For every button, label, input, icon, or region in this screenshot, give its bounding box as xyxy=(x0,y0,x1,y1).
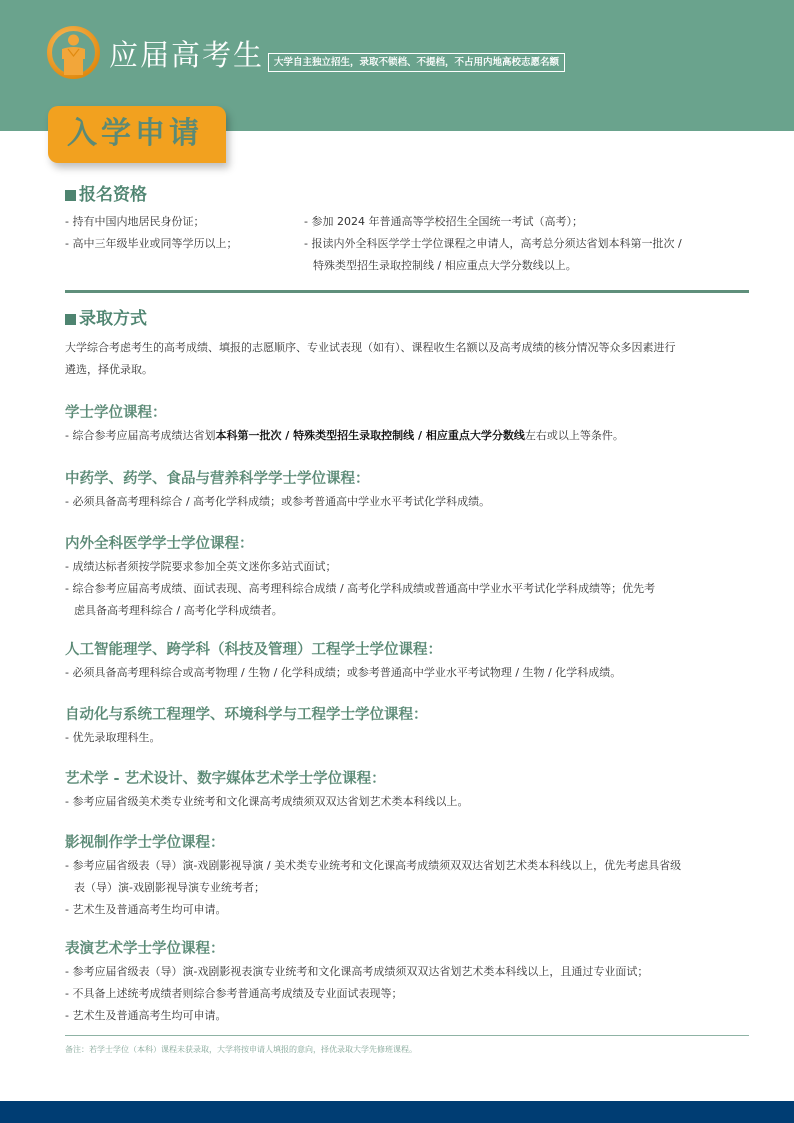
section-heading-admission: 录取方式 xyxy=(65,308,147,330)
program-title: 中药学、药学、食品与营养科学学士学位课程： xyxy=(65,468,755,490)
program-requirement: - 必须具备高考理科综合或高考物理 / 生物 / 化学科成绩；或参考普通高中学业… xyxy=(65,662,755,684)
intro-line: 大学综合考虑考生的高考成绩、填报的志愿顺序、专业试表现（如有）、课程收生名额以及… xyxy=(65,337,755,359)
program-requirement: - 综合参考应届高考成绩、面试表现、高考理科综合成绩 / 高考化学科成绩或普通高… xyxy=(65,578,755,600)
tab-label: 入学申请 xyxy=(67,116,203,152)
program-requirement: - 参考应届省级美术类专业统考和文化课高考成绩须双双达省划艺术类本科线以上。 xyxy=(65,791,755,813)
person-circle-icon xyxy=(46,25,101,80)
program-requirement: - 综合参考应届高考成绩达省划本科第一批次 / 特殊类型招生录取控制线 / 相应… xyxy=(65,425,755,447)
program-requirement: - 优先录取理科生。 xyxy=(65,727,755,749)
program-automation: 自动化与系统工程理学、环境科学与工程学士学位课程： - 优先录取理科生。 xyxy=(65,704,755,749)
list-item: - 持有中国内地居民身份证； xyxy=(65,211,237,233)
list-item: - 报读内外全科医学学士学位课程之申请人，高考总分须达省划本科第一批次 / xyxy=(304,233,682,255)
program-performing-arts: 表演艺术学士学位课程： - 参考应届省级表（导）演-戏剧影视表演专业统考和文化课… xyxy=(65,938,755,1027)
program-requirement: - 参考应届省级表（导）演-戏剧影视表演专业统考和文化课高考成绩须双双达省划艺术… xyxy=(65,961,755,983)
admission-intro: 大学综合考虑考生的高考成绩、填报的志愿顺序、专业试表现（如有）、课程收生名额以及… xyxy=(65,337,755,381)
program-title: 内外全科医学学士学位课程： xyxy=(65,533,755,555)
heading-text: 报名资格 xyxy=(79,184,147,206)
program-title: 人工智能理学、跨学科（科技及管理）工程学士学位课程： xyxy=(65,639,755,661)
section-tab-enrollment: 入学申请 xyxy=(48,106,226,163)
bold-emphasis: 本科第一批次 / 特殊类型招生录取控制线 / 相应重点大学分数线 xyxy=(215,429,524,442)
intro-line: 遴选，择优录取。 xyxy=(65,359,755,381)
footer-bar xyxy=(0,1101,794,1123)
program-title: 学士学位课程： xyxy=(65,402,755,424)
program-requirement: - 必须具备高考理科综合 / 高考化学科成绩；或参考普通高中学业水平考试化学科成… xyxy=(65,491,755,513)
list-item: - 高中三年级毕业或同等学历以上； xyxy=(65,233,237,255)
program-title: 影视制作学士学位课程： xyxy=(65,832,755,854)
eligibility-left-list: - 持有中国内地居民身份证； - 高中三年级毕业或同等学历以上； xyxy=(65,211,237,255)
heading-text: 录取方式 xyxy=(79,308,147,330)
square-bullet-icon xyxy=(65,314,76,325)
list-item: 特殊类型招生录取控制线 / 相应重点大学分数线以上。 xyxy=(304,255,682,277)
program-film-production: 影视制作学士学位课程： - 参考应届省级表（导）演-戏剧影视导演 / 美术类专业… xyxy=(65,832,755,921)
program-requirement: - 成绩达标者须按学院要求参加全英文迷你多站式面试； xyxy=(65,556,755,578)
program-art-design: 艺术学 - 艺术设计、数字媒体艺术学士学位课程： - 参考应届省级美术类专业统考… xyxy=(65,768,755,813)
note-divider xyxy=(65,1035,749,1036)
text-span: 左右或以上等条件。 xyxy=(525,429,624,442)
section-heading-eligibility: 报名资格 xyxy=(65,184,147,206)
program-title: 自动化与系统工程理学、环境科学与工程学士学位课程： xyxy=(65,704,755,726)
header-tagline: 大学自主独立招生，录取不锁档、不提档，不占用内地高校志愿名额 xyxy=(268,53,565,72)
program-requirement: - 参考应届省级表（导）演-戏剧影视导演 / 美术类专业统考和文化课高考成绩须双… xyxy=(65,855,755,877)
header-title: 应届高考生 xyxy=(109,38,264,72)
program-requirement: - 艺术生及普通高考生均可申请。 xyxy=(65,1005,755,1027)
program-title: 表演艺术学士学位课程： xyxy=(65,938,755,960)
footnote: 备注：若学士学位（本科）课程未获录取，大学将按申请人填报的意向，择优录取大学先修… xyxy=(65,1043,417,1057)
program-requirement: 虑具备高考理科综合 / 高考化学科成绩者。 xyxy=(65,600,755,622)
program-pharmacy: 中药学、药学、食品与营养科学学士学位课程： - 必须具备高考理科综合 / 高考化… xyxy=(65,468,755,513)
program-title: 艺术学 - 艺术设计、数字媒体艺术学士学位课程： xyxy=(65,768,755,790)
eligibility-right-list: - 参加 2024 年普通高等学校招生全国统一考试（高考）； - 报读内外全科医… xyxy=(304,211,682,277)
program-ai-engineering: 人工智能理学、跨学科（科技及管理）工程学士学位课程： - 必须具备高考理科综合或… xyxy=(65,639,755,684)
section-divider xyxy=(65,290,749,293)
program-requirement: - 艺术生及普通高考生均可申请。 xyxy=(65,899,755,921)
program-requirement: - 不具备上述统考成绩者则综合参考普通高考成绩及专业面试表现等； xyxy=(65,983,755,1005)
text-span: - 综合参考应届高考成绩达省划 xyxy=(65,429,215,442)
list-item: - 参加 2024 年普通高等学校招生全国统一考试（高考）； xyxy=(304,211,682,233)
square-bullet-icon xyxy=(65,190,76,201)
program-bachelor: 学士学位课程： - 综合参考应届高考成绩达省划本科第一批次 / 特殊类型招生录取… xyxy=(65,402,755,447)
program-requirement: 表（导）演-戏剧影视导演专业统考者； xyxy=(65,877,755,899)
program-medicine: 内外全科医学学士学位课程： - 成绩达标者须按学院要求参加全英文迷你多站式面试；… xyxy=(65,533,755,622)
